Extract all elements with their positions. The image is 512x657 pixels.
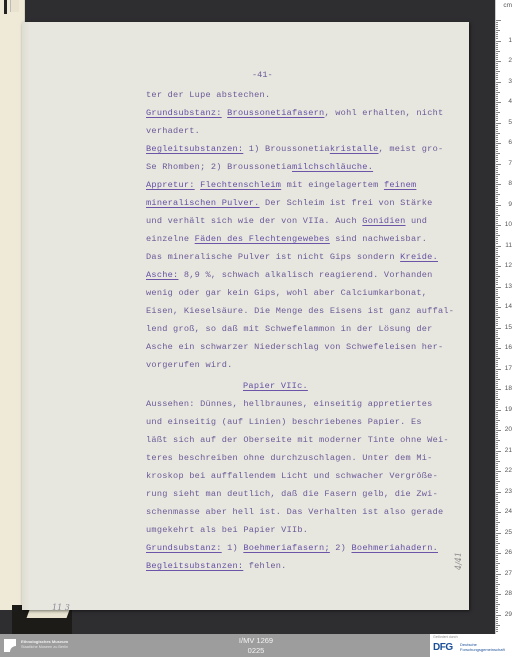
- ruler-tick: [496, 211, 498, 212]
- text-segment: Der Schleim ist frei von Stärke: [260, 198, 433, 208]
- ruler-tick: [496, 596, 498, 597]
- ruler-tick: [496, 258, 498, 259]
- text-line: Asche ein schwarzer Niederschlag von Sch…: [146, 341, 443, 353]
- ruler-tick: [496, 250, 498, 251]
- ruler-tick: [496, 467, 498, 468]
- ruler-tick: [496, 336, 498, 337]
- text-line: Appretur: Flechtenschleim mit eingelager…: [146, 179, 416, 191]
- ruler-tick: [496, 168, 498, 169]
- ruler-tick: [496, 448, 498, 449]
- ruler-tick: [496, 287, 501, 288]
- ruler-tick: [496, 32, 498, 33]
- ruler-tick: [496, 127, 498, 128]
- ruler-tick: [496, 399, 500, 400]
- ruler-tick: [496, 569, 498, 570]
- pencil-annotation-left: 11 3: [52, 603, 70, 612]
- ruler-tick: [496, 49, 498, 50]
- ruler-tick: [496, 340, 498, 341]
- ruler-tick: [496, 483, 498, 484]
- ruler-tick: [496, 631, 498, 632]
- ruler-tick: [496, 200, 498, 201]
- ruler-tick: [496, 196, 498, 197]
- ruler-tick: [496, 496, 498, 497]
- ruler-tick: [496, 192, 498, 193]
- ruler-tick: [496, 602, 498, 603]
- ruler-tick: [496, 155, 498, 156]
- text-segment: ter der Lupe abstechen.: [146, 90, 270, 100]
- ruler-tick: [496, 100, 498, 101]
- text-line: einzelne Fäden des Flechtengewebes sind …: [146, 233, 427, 245]
- ruler-tick: [496, 494, 498, 495]
- ruler-tick: [496, 567, 498, 568]
- ruler-tick: [496, 166, 498, 167]
- ruler-tick: [496, 319, 498, 320]
- ruler-tick: [496, 268, 498, 269]
- ruler-tick: [496, 600, 498, 601]
- ruler-tick: [496, 541, 498, 542]
- dfg-badge: Gefördert durch DFG Deutsche Forschungsg…: [430, 634, 512, 657]
- ruler-label: 17: [505, 365, 512, 372]
- ruler-tick: [496, 186, 498, 187]
- ruler-tick: [496, 141, 498, 142]
- ruler-tick: [496, 588, 498, 589]
- ruler-tick: [496, 243, 498, 244]
- ruler-tick: [496, 264, 498, 265]
- ruler-tick: [496, 582, 498, 583]
- ruler-tick: [496, 120, 498, 121]
- ruler-tick: [496, 59, 498, 60]
- ruler-tick: [496, 344, 498, 345]
- ruler-tick: [496, 137, 498, 138]
- ruler-tick: [496, 233, 498, 234]
- underlined-term: Begleitsubstanzen:: [146, 561, 243, 571]
- text-segment: umgekehrt als bei Papier VIIb.: [146, 525, 308, 535]
- ruler-tick: [496, 451, 501, 452]
- ruler-tick: [496, 157, 498, 158]
- ruler-tick: [496, 69, 498, 70]
- ruler-tick: [496, 366, 498, 367]
- text-segment: rung sieht man deutlich, daß die Fasern …: [146, 489, 438, 499]
- ruler-tick: [496, 63, 498, 64]
- text-line: schenmasse aber hell ist. Das Verhalten …: [146, 506, 443, 518]
- ruler-tick: [496, 539, 498, 540]
- ruler-tick: [496, 383, 498, 384]
- ruler-label: 12: [505, 262, 512, 269]
- ruler-tick: [496, 487, 498, 488]
- ruler-tick: [496, 528, 498, 529]
- ruler-tick: [496, 96, 498, 97]
- ruler-tick: [496, 182, 498, 183]
- text-line: Das mineralische Pulver ist nicht Gips s…: [146, 251, 438, 263]
- ruler-tick: [496, 393, 498, 394]
- ruler-tick: [496, 407, 498, 408]
- ruler-tick: [496, 371, 498, 372]
- ruler-tick: [496, 352, 498, 353]
- ruler-tick: [496, 172, 498, 173]
- ruler-label: 1: [508, 37, 512, 44]
- text-line: Grundsubstanz: 1) Boehmeriafasern; 2) Bo…: [146, 542, 438, 554]
- ruler-tick: [496, 420, 500, 421]
- underlined-term: Kreide.: [400, 252, 438, 262]
- ruler-tick: [496, 475, 498, 476]
- ruler-tick: [496, 260, 498, 261]
- ruler-tick: [496, 571, 498, 572]
- ruler-tick: [496, 457, 498, 458]
- footer-bar: Ethnologisches Museum Staatliche Museen …: [0, 634, 512, 657]
- ruler-tick: [496, 184, 501, 185]
- ruler-tick: [496, 436, 498, 437]
- ruler-tick: [496, 492, 501, 493]
- ruler-tick: [496, 51, 500, 52]
- ruler-tick: [496, 563, 500, 564]
- ruler-tick: [496, 354, 498, 355]
- text-segment: und: [406, 216, 428, 226]
- ruler-tick: [496, 227, 498, 228]
- ruler-tick: [496, 262, 498, 263]
- ruler-tick: [496, 555, 498, 556]
- text-segment: 8,9 %, schwach alkalisch reagierend. Vor…: [178, 270, 432, 280]
- ruler-tick: [496, 574, 501, 575]
- ruler-tick: [496, 241, 498, 242]
- page-number: -41-: [252, 70, 273, 80]
- ruler-tick: [496, 180, 498, 181]
- ruler-tick: [496, 512, 501, 513]
- ruler-tick: [496, 430, 501, 431]
- ruler-tick: [496, 229, 498, 230]
- ruler-tick: [496, 369, 501, 370]
- ruler-tick: [496, 47, 498, 48]
- ruler-tick: [496, 125, 498, 126]
- ruler-tick: [496, 57, 498, 58]
- ruler-tick: [496, 526, 498, 527]
- ruler-tick: [496, 401, 498, 402]
- ruler-label: 21: [505, 447, 512, 454]
- ruler-tick: [496, 506, 498, 507]
- underlined-term: Boehmeriafasern;: [243, 543, 330, 553]
- ruler-tick: [496, 348, 501, 349]
- ruler-tick: [496, 346, 498, 347]
- ruler-tick: [496, 90, 498, 91]
- ruler-tick: [496, 485, 498, 486]
- ruler-tick: [496, 291, 498, 292]
- ruler-tick: [496, 266, 501, 267]
- ruler-tick: [496, 362, 498, 363]
- ruler-tick: [496, 518, 498, 519]
- text-segment: 1) Broussonetia: [243, 144, 330, 154]
- text-line: läßt sich auf der Oberseite mit moderner…: [146, 434, 449, 446]
- text-segment: Se Rhomben; 2) Broussonetia: [146, 162, 292, 172]
- ruler-tick: [496, 118, 498, 119]
- ruler-tick: [496, 535, 498, 536]
- ruler-tick: [496, 325, 498, 326]
- ruler-tick: [496, 502, 500, 503]
- ruler-label: 11: [505, 242, 512, 249]
- ruler-tick: [496, 248, 498, 249]
- ruler-tick: [496, 30, 500, 31]
- text-line: verhadert.: [146, 125, 200, 137]
- ruler-tick: [496, 145, 498, 146]
- ruler-label: 10: [505, 221, 512, 228]
- dfg-name: Deutsche Forschungsgemeinschaft: [460, 642, 505, 652]
- ruler-tick: [496, 231, 498, 232]
- ruler-tick: [496, 256, 500, 257]
- dfg-name-line2: Forschungsgemeinschaft: [460, 647, 505, 652]
- ruler-tick: [496, 530, 498, 531]
- ruler-tick: [496, 123, 501, 124]
- text-segment: 2): [330, 543, 352, 553]
- ruler-tick: [496, 410, 501, 411]
- ruler-tick: [496, 159, 498, 160]
- ruler-tick: [496, 151, 498, 152]
- ruler-tick: [496, 606, 498, 607]
- ruler-tick: [496, 88, 498, 89]
- text-line: Se Rhomben; 2) Broussonetiamilchschläuch…: [146, 161, 373, 173]
- ruler-label: 29: [505, 611, 512, 618]
- ruler-label: 14: [505, 303, 512, 310]
- ruler-tick: [496, 504, 498, 505]
- ruler-tick: [496, 223, 498, 224]
- ruler-tick: [496, 619, 498, 620]
- ruler-tick: [496, 110, 498, 111]
- ruler-tick: [496, 543, 500, 544]
- underlined-term: Appretur:: [146, 180, 195, 190]
- ruler-tick: [496, 84, 498, 85]
- ruler-tick: [496, 270, 498, 271]
- ruler-tick: [496, 202, 498, 203]
- ruler-label: 7: [508, 160, 512, 167]
- ruler-tick: [496, 198, 498, 199]
- ruler-tick: [496, 112, 500, 113]
- text-line: vorgerufen wird.: [146, 359, 233, 371]
- text-segment: schenmasse aber hell ist. Das Verhalten …: [146, 507, 443, 517]
- ruler-label: 8: [508, 180, 512, 187]
- ruler-tick: [496, 67, 498, 68]
- ruler-tick: [496, 143, 501, 144]
- ruler-tick: [496, 358, 500, 359]
- text-segment: und verhält sich wie der von VIIa. Auch: [146, 216, 362, 226]
- ruler-tick: [496, 303, 498, 304]
- underlined-term: milchschläuche.: [292, 162, 373, 172]
- ruler-tick: [496, 299, 498, 300]
- ruler-tick: [496, 114, 498, 115]
- ruler-tick: [496, 161, 498, 162]
- ruler-tick: [496, 86, 498, 87]
- ruler-tick: [496, 139, 498, 140]
- underlined-term: Asche:: [146, 270, 178, 280]
- ruler-tick: [496, 469, 498, 470]
- text-segment: teres beschreiben ohne durchzuschlagen. …: [146, 453, 433, 463]
- ruler-tick: [496, 129, 498, 130]
- ruler-tick: [496, 446, 498, 447]
- ruler-tick: [496, 34, 498, 35]
- ruler-tick: [496, 379, 500, 380]
- page-tab: [4, 0, 7, 14]
- ruler-tick: [496, 108, 498, 109]
- ruler-tick: [496, 309, 498, 310]
- ruler-tick: [496, 235, 500, 236]
- ruler-tick: [496, 453, 498, 454]
- ruler-tick: [496, 149, 498, 150]
- text-segment: , meist gro-: [379, 144, 444, 154]
- ruler-tick: [496, 307, 501, 308]
- ruler-tick: [496, 190, 498, 191]
- ruler-tick: [496, 328, 501, 329]
- ruler-tick: [496, 604, 500, 605]
- ruler-tick: [496, 524, 498, 525]
- ruler-tick: [496, 424, 498, 425]
- ruler-tick: [496, 565, 498, 566]
- ruler-label: 4: [508, 98, 512, 105]
- ruler-tick: [496, 174, 500, 175]
- ruler-tick: [496, 615, 501, 616]
- ruler-tick: [496, 219, 498, 220]
- ruler-label: 22: [505, 467, 512, 474]
- ruler-tick: [496, 428, 498, 429]
- ruler-tick: [496, 377, 498, 378]
- ruler-tick: [496, 580, 498, 581]
- ruler-label: 5: [508, 119, 512, 126]
- ruler-tick: [496, 65, 498, 66]
- ruler-tick: [496, 381, 498, 382]
- ruler-tick: [496, 559, 498, 560]
- ruler-tick: [496, 500, 498, 501]
- ruler-tick: [496, 537, 498, 538]
- ruler-tick: [496, 463, 498, 464]
- ruler-tick: [496, 153, 500, 154]
- ruler-tick: [496, 405, 498, 406]
- text-line: Begleitsubstanzen: fehlen.: [146, 560, 287, 572]
- ruler-tick: [496, 22, 498, 23]
- ruler-tick: [496, 422, 498, 423]
- ruler-tick: [496, 397, 498, 398]
- ruler-tick: [496, 213, 498, 214]
- ruler-tick: [496, 342, 498, 343]
- ruler-tick: [496, 43, 498, 44]
- ruler-tick: [496, 26, 498, 27]
- ruler-tick: [496, 479, 498, 480]
- text-segment: mit eingelagertem: [281, 180, 384, 190]
- ruler-tick: [496, 102, 501, 103]
- ruler-tick: [496, 510, 498, 511]
- ruler-tick: [496, 38, 498, 39]
- ruler-tick: [496, 627, 498, 628]
- ruler-tick: [496, 332, 498, 333]
- ruler-tick: [496, 426, 498, 427]
- ruler-tick: [496, 73, 498, 74]
- text-segment: und einseitig (auf Linien) beschriebenes…: [146, 417, 422, 427]
- ruler-label: 20: [505, 426, 512, 433]
- ruler-tick: [496, 625, 500, 626]
- ruler-tick: [496, 465, 498, 466]
- ruler-tick: [496, 440, 500, 441]
- ruler-label: 13: [505, 283, 512, 290]
- text-segment: Das mineralische Pulver ist nicht Gips s…: [146, 252, 400, 262]
- ruler-tick: [496, 293, 498, 294]
- ruler-label: 24: [505, 508, 512, 515]
- ruler-tick: [496, 360, 498, 361]
- ruler-tick: [496, 282, 498, 283]
- ruler-tick: [496, 498, 498, 499]
- ruler-tick: [496, 395, 498, 396]
- ruler-label: 26: [505, 549, 512, 556]
- ruler-tick: [496, 221, 498, 222]
- underlined-term: Boehmeriahadern.: [352, 543, 439, 553]
- funded-by-label: Gefördert durch: [433, 635, 458, 639]
- ruler-tick: [496, 438, 498, 439]
- ruler-tick: [496, 375, 498, 376]
- ruler-tick: [496, 387, 498, 388]
- ruler-label: 28: [505, 590, 512, 597]
- ruler-tick: [496, 170, 498, 171]
- text-segment: Eisen, Kieselsäure. Die Menge des Eisens…: [146, 306, 454, 316]
- underlined-term: Flechtenschleim: [200, 180, 281, 190]
- text-line: und einseitig (auf Linien) beschriebenes…: [146, 416, 422, 428]
- ruler-tick: [496, 278, 498, 279]
- ruler-tick: [496, 551, 498, 552]
- ruler-tick: [496, 133, 500, 134]
- ruler-label: 15: [505, 324, 512, 331]
- ruler-tick: [496, 225, 501, 226]
- text-line: und verhält sich wie der von VIIa. Auch …: [146, 215, 427, 227]
- ruler-tick: [496, 549, 498, 550]
- underlined-term: Grundsubstanz:: [146, 543, 222, 553]
- ruler-tick: [496, 147, 498, 148]
- ruler-tick: [496, 28, 498, 29]
- ruler-tick: [496, 584, 500, 585]
- ruler-tick: [496, 432, 498, 433]
- ruler-tick: [496, 461, 500, 462]
- ruler-tick: [496, 92, 500, 93]
- ruler-tick: [496, 215, 500, 216]
- text-segment: vorgerufen wird.: [146, 360, 233, 370]
- ruler-tick: [496, 272, 498, 273]
- ruler-tick: [496, 389, 501, 390]
- ruler-tick: [496, 477, 498, 478]
- ruler-tick: [496, 481, 500, 482]
- text-line: Eisen, Kieselsäure. Die Menge des Eisens…: [146, 305, 454, 317]
- ruler-tick: [496, 508, 498, 509]
- ruler-label: 18: [505, 385, 512, 392]
- ruler-tick: [496, 578, 498, 579]
- ruler-tick: [496, 473, 498, 474]
- ruler-tick: [496, 98, 498, 99]
- ruler-tick: [496, 131, 498, 132]
- page-edge: [22, 22, 30, 610]
- text-line: Aussehen: Dünnes, hellbraunes, einseitig…: [146, 398, 433, 410]
- ruler-tick: [496, 514, 498, 515]
- ruler-tick: [496, 61, 501, 62]
- ruler-tick: [496, 459, 498, 460]
- ruler-tick: [496, 418, 498, 419]
- ruler-tick: [496, 561, 498, 562]
- ruler-tick: [496, 520, 498, 521]
- ruler-tick: [496, 334, 498, 335]
- ruler-unit-label: cm: [503, 2, 512, 9]
- text-line: kroskop bei auffallendem Licht und schwa…: [146, 470, 438, 482]
- text-line: wenig oder gar kein Gips, wohl aber Calc…: [146, 287, 427, 299]
- underlined-term: Begleitsubstanzen:: [146, 144, 243, 154]
- ruler-tick: [496, 77, 498, 78]
- ruler-tick: [496, 330, 498, 331]
- ruler-tick: [496, 135, 498, 136]
- ruler-tick: [496, 403, 498, 404]
- ruler-tick: [496, 205, 501, 206]
- ruler-tick: [496, 533, 501, 534]
- ruler-label: 3: [508, 78, 512, 85]
- text-segment: einzelne: [146, 234, 195, 244]
- document-page: -41- ter der Lupe abstechen.Grundsubstan…: [22, 22, 469, 610]
- underlined-term: Grundsubstanz:: [146, 108, 222, 118]
